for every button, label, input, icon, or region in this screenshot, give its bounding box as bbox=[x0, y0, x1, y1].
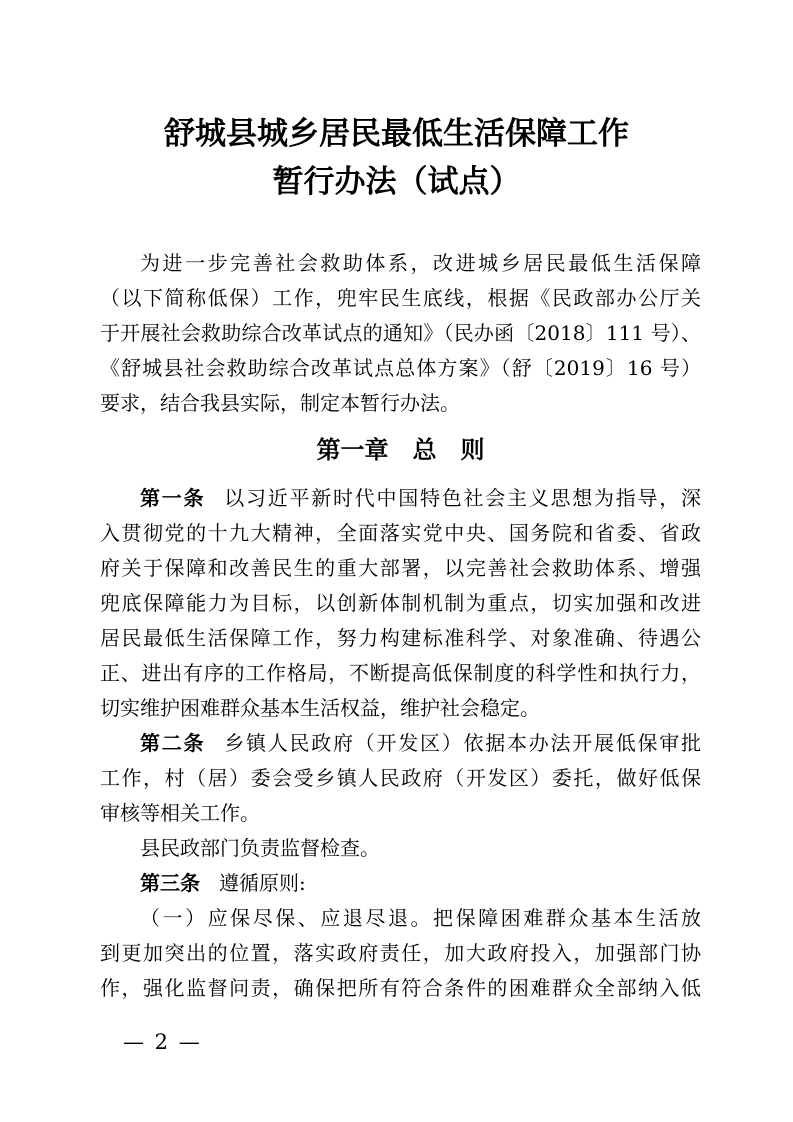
article1-text: 以习近平新时代中国特色社会主义思想为指导，深 bbox=[224, 486, 701, 510]
article1-number: 第一条 bbox=[140, 486, 205, 510]
page-number: — 2 — bbox=[123, 1030, 202, 1054]
article1-line: 切实维护困难群众基本生活权益，维护社会稳定。 bbox=[100, 691, 701, 726]
intro-line: 要求，结合我县实际，制定本暂行办法。 bbox=[100, 386, 701, 421]
article1-line: 入贯彻党的十九大精神，全面落实党中央、国务院和省委、省政 bbox=[100, 516, 701, 551]
document-page: 舒城县城乡居民最低生活保障工作 暂行办法（试点） 为进一步完善社会救助体系，改进… bbox=[0, 0, 793, 1122]
article2-number: 第二条 bbox=[140, 731, 205, 755]
article3-text: 遵循原则: bbox=[219, 871, 306, 895]
document-title-line1: 舒城县城乡居民最低生活保障工作 bbox=[96, 110, 697, 158]
document-title: 舒城县城乡居民最低生活保障工作 暂行办法（试点） bbox=[96, 110, 697, 206]
article3-item1-line: （一）应保尽保、应退尽退。把保障困难群众基本生活放 bbox=[100, 901, 701, 936]
intro-line: （以下简称低保）工作，兜牢民生底线，根据《民政部办公厅关 bbox=[100, 281, 701, 316]
article2-line: 工作，村（居）委会受乡镇人民政府（开发区）委托，做好低保 bbox=[100, 761, 701, 796]
article2-line: 审核等相关工作。 bbox=[100, 796, 701, 831]
article3-number: 第三条 bbox=[140, 871, 200, 895]
intro-line: 《舒城县社会救助综合改革试点总体方案》（舒〔2019〕16 号） bbox=[100, 351, 701, 386]
article1-first-line: 第一条以习近平新时代中国特色社会主义思想为指导，深 bbox=[100, 481, 701, 516]
article1-line: 府关于保障和改善民生的重大部署，以完善社会救助体系、增强 bbox=[100, 551, 701, 586]
article2-paragraph2: 县民政部门负责监督检查。 bbox=[100, 831, 701, 866]
chapter-heading: 第一章 总 则 bbox=[100, 433, 701, 468]
intro-line: 为进一步完善社会救助体系，改进城乡居民最低生活保障 bbox=[100, 246, 701, 281]
intro-line: 于开展社会救助综合改革试点的通知》（民办函〔2018〕111 号）、 bbox=[100, 316, 701, 351]
article3-first-line: 第三条遵循原则: bbox=[100, 866, 701, 901]
article3-item1-line: 到更加突出的位置，落实政府责任，加大政府投入，加强部门协 bbox=[100, 936, 701, 971]
article2-first-line: 第二条乡镇人民政府（开发区）依据本办法开展低保审批 bbox=[100, 726, 701, 761]
document-body: 为进一步完善社会救助体系，改进城乡居民最低生活保障 （以下简称低保）工作，兜牢民… bbox=[100, 246, 701, 1006]
article1-line: 居民最低生活保障工作，努力构建标准科学、对象准确、待遇公 bbox=[100, 621, 701, 656]
article3-item1-line: 作，强化监督问责，确保把所有符合条件的困难群众全部纳入低 bbox=[100, 971, 701, 1006]
article1-line: 正、进出有序的工作格局，不断提高低保制度的科学性和执行力， bbox=[100, 656, 701, 691]
article1-line: 兜底保障能力为目标，以创新体制机制为重点，切实加强和改进 bbox=[100, 586, 701, 621]
article2-text: 乡镇人民政府（开发区）依据本办法开展低保审批 bbox=[224, 731, 701, 755]
document-title-line2: 暂行办法（试点） bbox=[96, 158, 697, 206]
